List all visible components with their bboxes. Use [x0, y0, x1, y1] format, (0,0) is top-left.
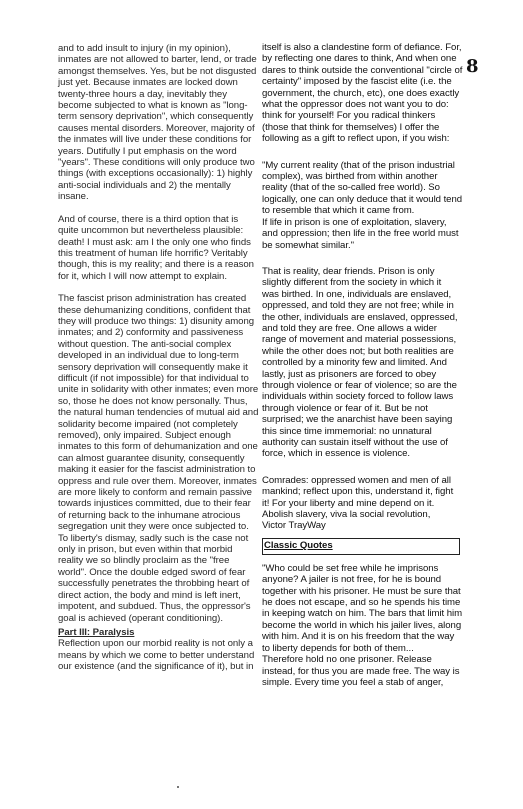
left-paragraph-4: Reflection upon our morbid reality is no… — [58, 638, 258, 672]
text-line: Reflection upon our morbid reality is no… — [58, 638, 258, 649]
text-line: reality (that of the so-called free worl… — [262, 182, 462, 193]
text-line: "Who could be set free while he imprison… — [262, 563, 462, 574]
text-line: government, the church, etc), one does e… — [262, 88, 462, 99]
text-line: to resemble that which it came from. — [262, 205, 462, 216]
text-line: amongst themselves. Yes, but be not disg… — [58, 66, 258, 77]
text-line: become the world in which his jailer liv… — [262, 620, 462, 631]
text-line: this since time immemorial: no unnatural — [262, 426, 462, 437]
page-number: 8 — [466, 56, 479, 77]
text-line: death! I must ask: am I the only one who… — [58, 237, 258, 248]
text-line: sensory deprivation will consequently ma… — [58, 362, 258, 373]
text-line: instead, for thus you are made free. The… — [262, 666, 462, 677]
text-line: If life in prison is one of exploitation… — [262, 217, 462, 228]
text-line: solidarity become impaired (not complete… — [58, 419, 258, 430]
text-line: removed), only impaired. Subject enough — [58, 430, 258, 441]
text-line: individuals within society forced to fol… — [262, 391, 462, 402]
text-line: things (with exceptions occasionally): 1… — [58, 168, 258, 179]
text-line: lastly, just as prisoners are forced to … — [262, 369, 462, 380]
text-line: mankind; reflect upon this, understand i… — [262, 486, 462, 497]
text-line: be somewhat similar." — [262, 240, 462, 251]
text-line: And of course, there is a third option t… — [58, 214, 258, 225]
text-line: "My current reality (that of the prison … — [262, 160, 462, 171]
text-line: inmates to this form of dehumanization a… — [58, 441, 258, 452]
text-line: quite uncommon but nevertheless plausibl… — [58, 225, 258, 236]
text-line: inmates; and 2) conformity and passivene… — [58, 327, 258, 338]
text-line: was birthed. In one, individuals are ens… — [262, 289, 462, 300]
text-line: dares to think outside the conventional … — [262, 65, 462, 76]
text-line: The fascist prison administration has cr… — [58, 293, 258, 304]
text-line: Comrades: oppressed women and men of all — [262, 475, 462, 486]
text-line: he does not escape, and so he spends his… — [262, 597, 462, 608]
text-line: while the other does not; but both reali… — [262, 346, 462, 357]
text-line: for it, which I will now attempt to expl… — [58, 271, 258, 282]
text-line: think for yourself! For you radical thin… — [262, 110, 462, 121]
text-line: together with his prisoner. He must be s… — [262, 586, 462, 597]
text-line: certainty" imposed by the fascist elite … — [262, 76, 462, 87]
text-line: surprised; we the anarchist have been sa… — [262, 414, 462, 425]
text-line: following as a gift to reflect upon, if … — [262, 133, 462, 144]
reflection-quote: "My current reality (that of the prison … — [262, 160, 462, 251]
text-line: impotent, and subdued. Thus, the oppress… — [58, 601, 258, 612]
text-line: controlled by a minority few and limited… — [262, 357, 462, 368]
text-line: years. Dutifully I put emphasis on the w… — [58, 146, 258, 157]
text-line: the natural human tendencies of mutual a… — [58, 407, 258, 418]
left-paragraph-1: and to add insult to injury (in my opini… — [58, 43, 258, 203]
text-line: anti-social individuals and 2) the menta… — [58, 180, 258, 191]
text-line: and to add insult to injury (in my opini… — [58, 43, 258, 54]
text-line: Abolish slavery, viva la social revoluti… — [262, 509, 462, 520]
text-line: itself is also a clandestine form of def… — [262, 42, 462, 53]
text-line: in keeping watch on him. The bars that l… — [262, 608, 462, 619]
text-line: can almost guarantee disunity, consequen… — [58, 453, 258, 464]
text-line: insane. — [58, 191, 258, 202]
text-line: segregation unit they were once subjecte… — [58, 521, 258, 532]
text-line: difficult (if not impossible) for that i… — [58, 373, 258, 384]
left-column: and to add insult to injury (in my opini… — [58, 43, 258, 673]
text-line: complex), was birthed from within anothe… — [262, 171, 462, 182]
text-line: developed in an individual due to long-t… — [58, 350, 258, 361]
text-line: become subjected to what is known as "lo… — [58, 100, 258, 111]
text-line: are more likely to conform and remain pa… — [58, 487, 258, 498]
text-line: towards injustices committed, due to the… — [58, 498, 258, 509]
text-line: simple. Every time you feel a stab of an… — [262, 677, 462, 688]
text-line: the other, individuals are enslaved, opp… — [262, 312, 462, 323]
text-line: so, those he does not know personally. T… — [58, 396, 258, 407]
text-line: slightly different from the society in w… — [262, 277, 462, 288]
right-paragraph-1: itself is also a clandestine form of def… — [262, 42, 462, 145]
text-line: our existence (and the significance of i… — [58, 661, 258, 672]
text-line: force, which in essence is violence. — [262, 448, 462, 459]
text-line: by reflecting one dares to think, And wh… — [262, 53, 462, 64]
right-paragraph-2: That is reality, dear friends. Prison is… — [262, 266, 462, 460]
text-line: goal is achieved (operant conditioning). — [58, 613, 258, 624]
section-heading: Part III: Paralysis — [58, 627, 258, 638]
text-line: this treatment of human life horrific? V… — [58, 248, 258, 259]
text-line: That is reality, dear friends. Prison is… — [262, 266, 462, 277]
left-paragraph-2: And of course, there is a third option t… — [58, 214, 258, 282]
text-line: of returning back to the inhumane atroci… — [58, 510, 258, 521]
text-line: (those that think for themselves) I offe… — [262, 122, 462, 133]
text-line: Therefore hold no one prisoner. Release — [262, 654, 462, 665]
text-line: successfully penetrates the throbbing he… — [58, 578, 258, 589]
text-line: term sensory deprivation", which consequ… — [58, 111, 258, 122]
text-line: logically, one can only deduce that it w… — [262, 194, 462, 205]
left-paragraph-3: The fascist prison administration has cr… — [58, 293, 258, 624]
text-line: reality we so blindly proclaim as the "f… — [58, 555, 258, 566]
classic-quotes-heading: Classic Quotes — [264, 540, 333, 551]
text-line: through violence or fear of violence; so… — [262, 380, 462, 391]
text-line: just yet. Because inmates are locked dow… — [58, 77, 258, 88]
text-line: authority can sustain itself without the… — [262, 437, 462, 448]
right-paragraph-4: "Who could be set free while he imprison… — [262, 563, 462, 688]
text-line: To liberty's dismay, sadly such is the c… — [58, 533, 258, 544]
text-line: world". Once the double edged sword of f… — [58, 567, 258, 578]
text-line: inmates are not allowed to barter, lend,… — [58, 54, 258, 65]
text-line: through violence or fear of it. But be n… — [262, 403, 462, 414]
text-line: only in prison, but even within that mor… — [58, 544, 258, 555]
right-column: itself is also a clandestine form of def… — [262, 42, 462, 688]
text-line: to liberty depends for both of them... — [262, 643, 462, 654]
classic-quotes-box: Classic Quotes — [262, 538, 460, 555]
text-line: and told they are free. One allows a wid… — [262, 323, 462, 334]
text-line: "years". These conditions will only prod… — [58, 157, 258, 168]
text-line: without question. The anti-social comple… — [58, 339, 258, 350]
text-line: and oppression; then life in the free wo… — [262, 228, 462, 239]
text-line: oppress and rule over them. Moreover, in… — [58, 476, 258, 487]
text-line: it! For your liberty and mine depend on … — [262, 498, 462, 509]
text-line: oppressed, and told they are not free; w… — [262, 300, 462, 311]
text-line: anyone? A jailer is not free, for he is … — [262, 574, 462, 585]
right-paragraph-3: Comrades: oppressed women and men of all… — [262, 475, 462, 532]
text-line: means by which we come to better underst… — [58, 650, 258, 661]
text-line: these dehumanizing conditions, confident… — [58, 305, 258, 316]
text-line: though, this is my reality; and there is… — [58, 259, 258, 270]
author-signature: Victor TrayWay — [262, 520, 462, 531]
text-line: range of movement and material possessio… — [262, 334, 462, 345]
scan-speck — [177, 786, 179, 788]
text-line: making it easier for the fascist adminis… — [58, 464, 258, 475]
text-line: causes mental disorders. Moreover, major… — [58, 123, 258, 134]
text-line: they will produce two things: 1) disunit… — [58, 316, 258, 327]
text-line: what the oppressor does not want you to … — [262, 99, 462, 110]
text-line: with him. And it is on his freedom that … — [262, 631, 462, 642]
text-line: unite in solidarity with other inmates; … — [58, 384, 258, 395]
text-line: twenty-three hours a day, inevitably the… — [58, 89, 258, 100]
text-line: the inmates will live under these condit… — [58, 134, 258, 145]
text-line: direct action, the body and mind is left… — [58, 590, 258, 601]
